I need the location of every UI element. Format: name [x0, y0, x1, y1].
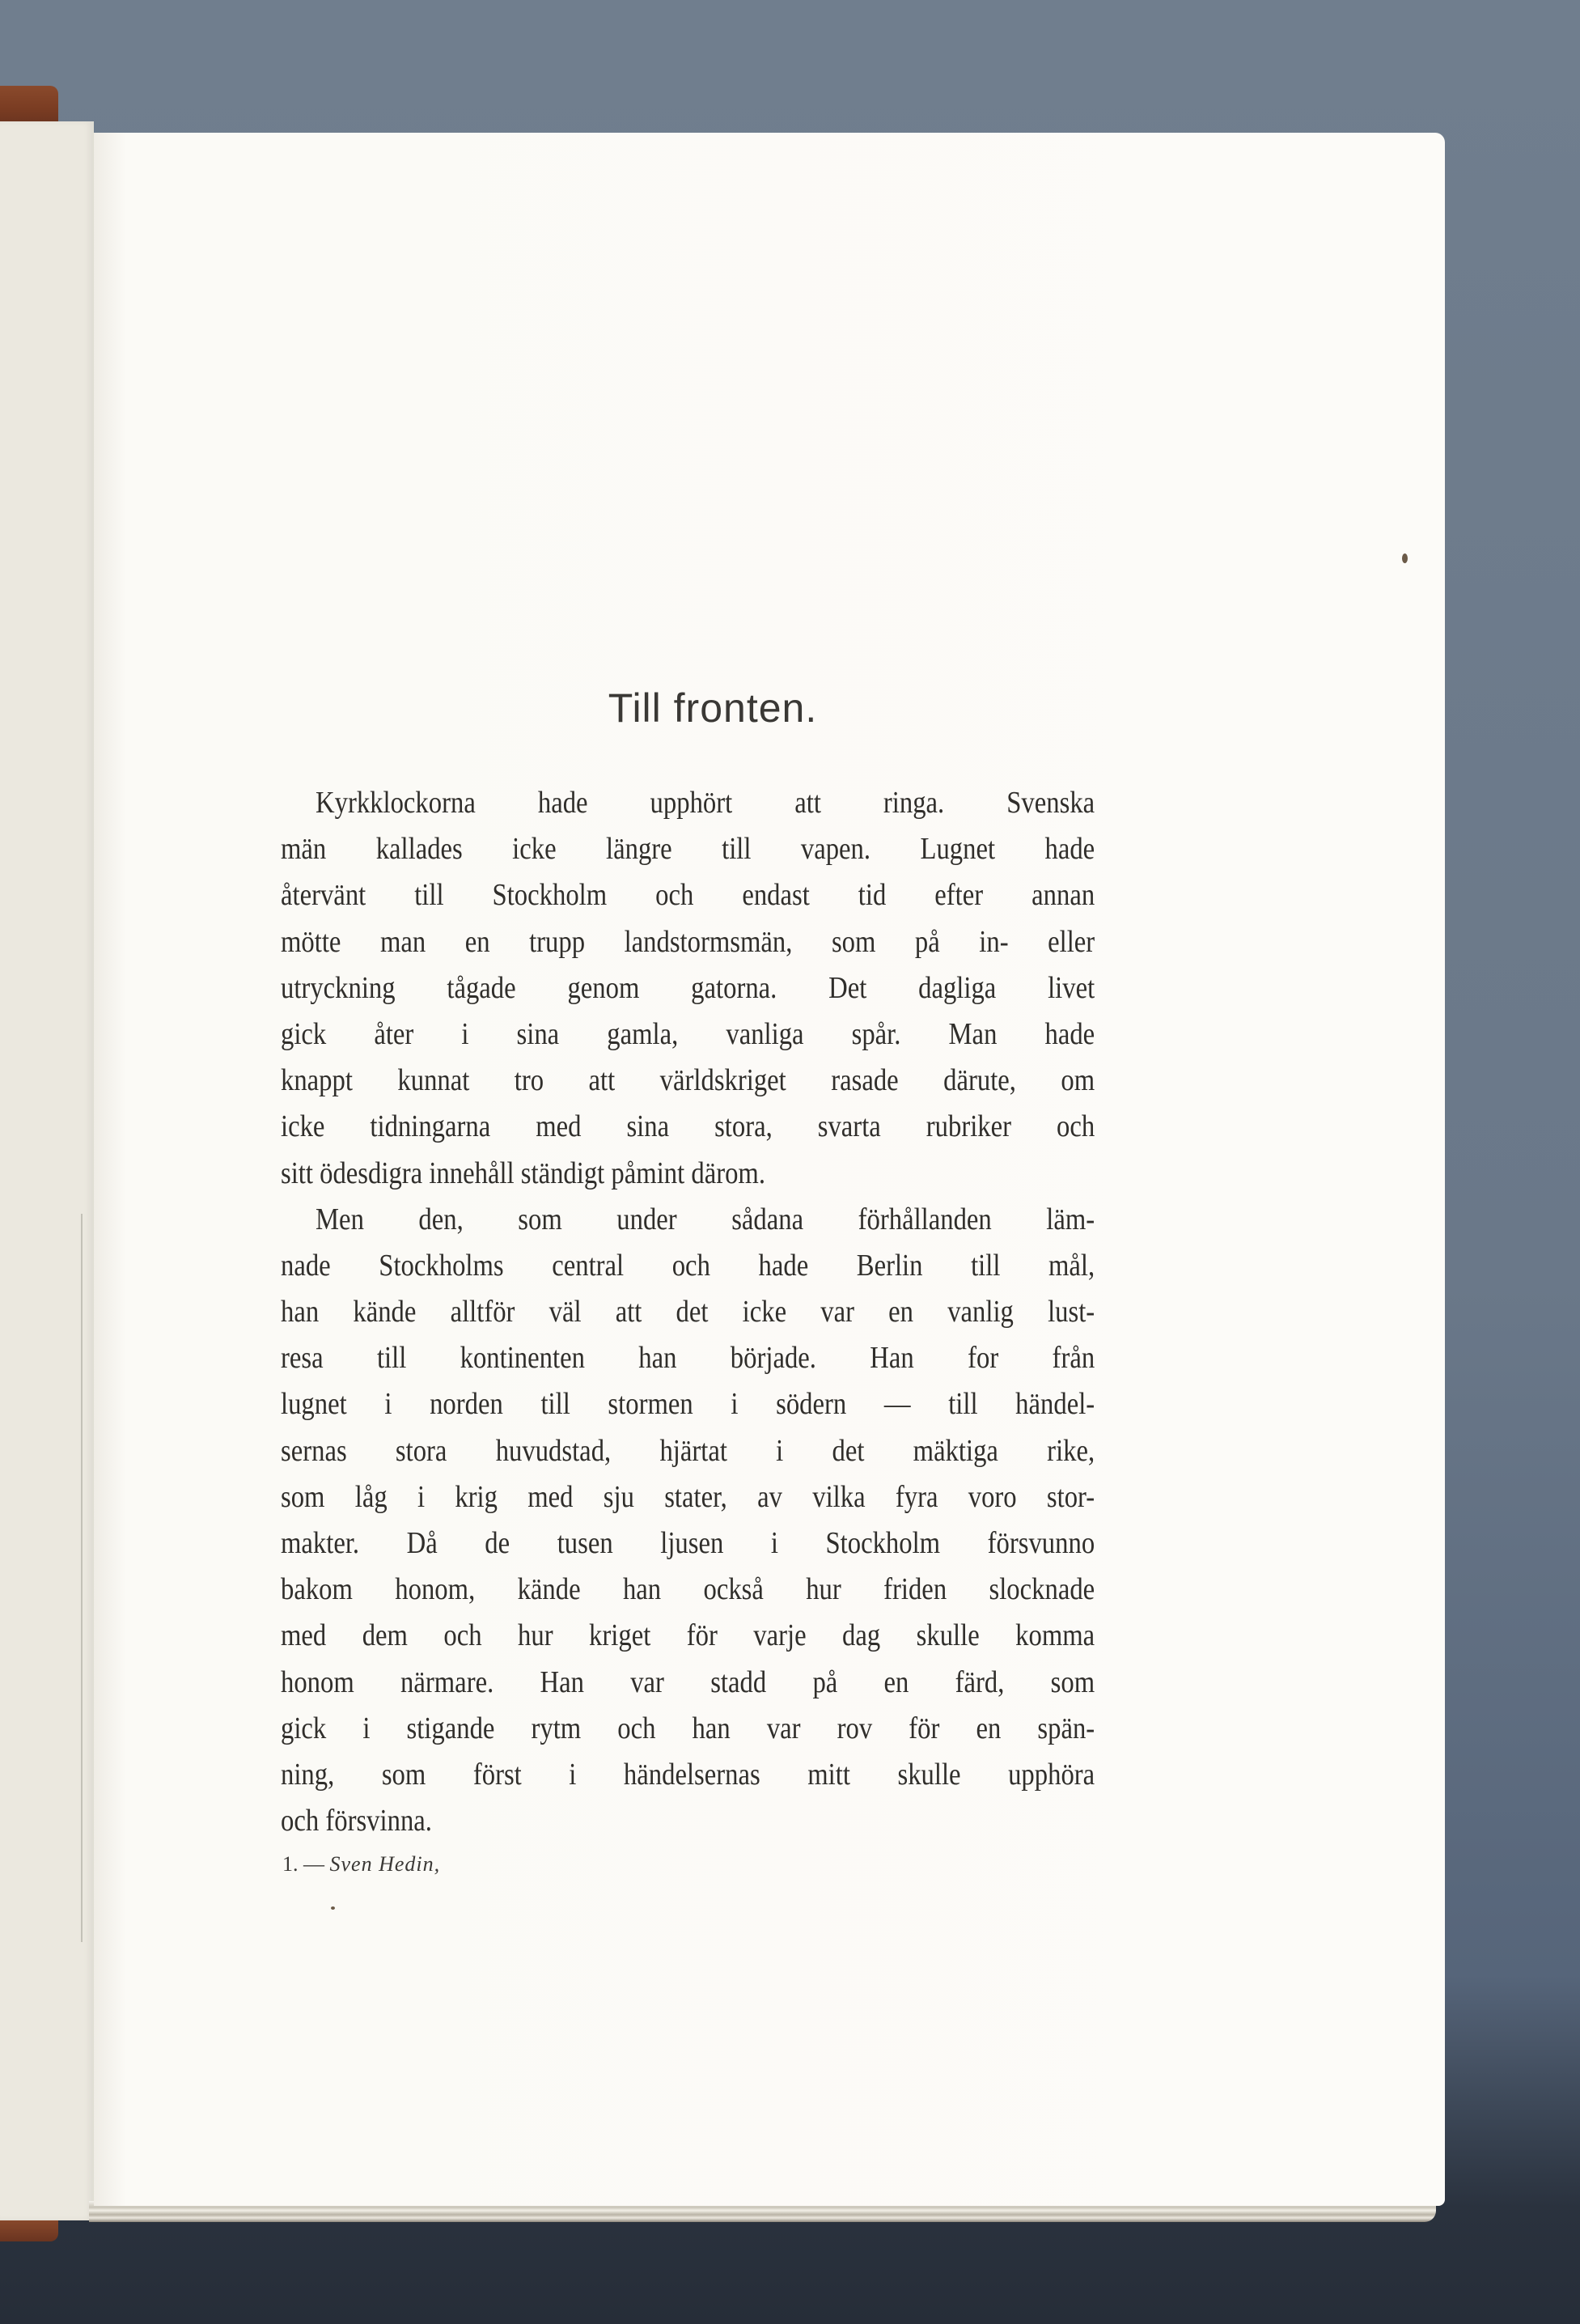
text-line: nade Stockholms central och hade Berlin … — [281, 1243, 1095, 1289]
text-line: Men den, som under sådana förhållanden l… — [281, 1197, 1095, 1243]
paragraph-1: Kyrkklockorna hade upphört att ringa. Sv… — [281, 780, 1095, 1197]
text-line: utryckning tågade genom gatorna. Det dag… — [281, 965, 1095, 1011]
paragraph-2: Men den, som under sådana förhållanden l… — [281, 1197, 1095, 1845]
text-line: sitt ödesdigra innehåll ständigt påmint … — [281, 1151, 1095, 1197]
text-line: ning, som först i händelsernas mitt skul… — [281, 1752, 1095, 1798]
paper-blemish — [331, 1906, 335, 1910]
signature-number: 1. — — [282, 1852, 324, 1876]
text-line: män kallades icke längre till vapen. Lug… — [281, 826, 1095, 872]
signature-author: Sven Hedin, — [330, 1852, 441, 1876]
text-line: bakom honom, kände han också hur friden … — [281, 1567, 1095, 1613]
text-line: sernas stora huvudstad, hjärtat i det mä… — [281, 1428, 1095, 1474]
signature-footnote: 1. — Sven Hedin, — [282, 1852, 440, 1877]
book-binding-bottom — [0, 2219, 58, 2241]
text-line: återvänt till Stockholm och endast tid e… — [281, 872, 1095, 918]
text-line: mötte man en trupp landstormsmän, som på… — [281, 919, 1095, 965]
text-line: med dem och hur kriget för varje dag sku… — [281, 1613, 1095, 1659]
text-line: knappt kunnat tro att världskriget rasad… — [281, 1058, 1095, 1104]
book-page: Till fronten. Kyrkklockorna hade upphört… — [94, 133, 1445, 2206]
text-line: gick i stigande rytm och han var rov för… — [281, 1706, 1095, 1752]
text-line: och försvinna. — [281, 1798, 1095, 1844]
text-line: makter. Då de tusen ljusen i Stockholm f… — [281, 1520, 1095, 1567]
left-page-edge — [0, 121, 94, 2220]
text-line: resa till kontinenten han började. Han f… — [281, 1335, 1095, 1381]
text-line: gick åter i sina gamla, vanliga spår. Ma… — [281, 1011, 1095, 1058]
paper-blemish — [1402, 553, 1408, 563]
text-line: som låg i krig med sju stater, av vilka … — [281, 1474, 1095, 1520]
text-line: honom närmare. Han var stadd på en färd,… — [281, 1660, 1095, 1706]
body-text: Kyrkklockorna hade upphört att ringa. Sv… — [281, 780, 1095, 1844]
text-line: han kände alltför väl att det icke var e… — [281, 1289, 1095, 1335]
chapter-title: Till fronten. — [37, 685, 1388, 732]
text-line: icke tidningarna med sina stora, svarta … — [281, 1104, 1095, 1150]
book-binding-top — [0, 86, 58, 125]
text-line: Kyrkklockorna hade upphört att ringa. Sv… — [281, 780, 1095, 826]
text-line: lugnet i norden till stormen i södern — … — [281, 1381, 1095, 1427]
